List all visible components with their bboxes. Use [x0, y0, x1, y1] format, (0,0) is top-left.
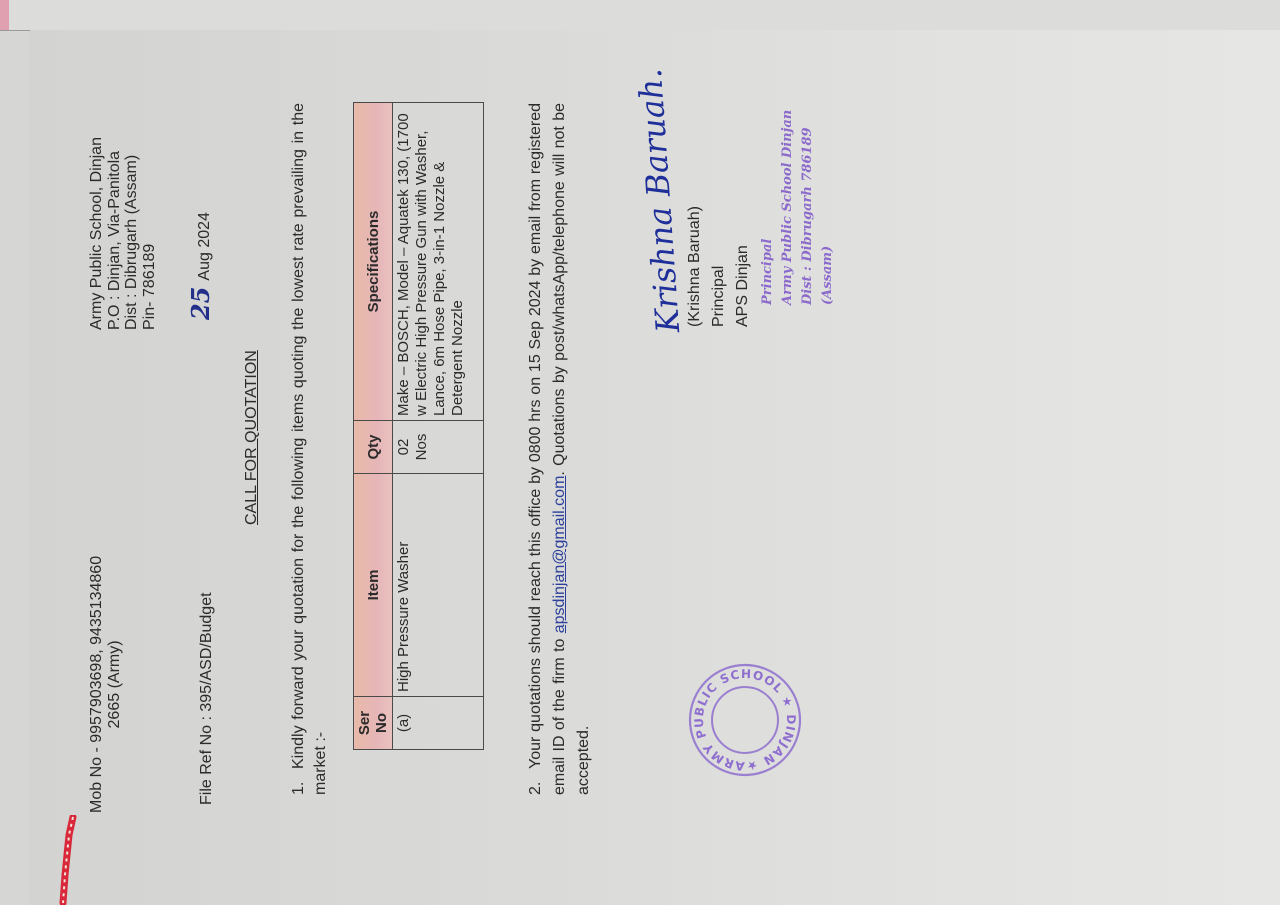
paragraph-1: 1.Kindly forward your quotation for the … — [288, 103, 332, 795]
mobile-numbers: Mob No - 9957903698, 9435134860 2665 (Ar… — [88, 556, 124, 813]
file-reference: File Ref No : 395/ASD/Budget — [198, 592, 216, 805]
address-line: Army Public School, Dinjan — [88, 137, 106, 330]
cell-item: High Pressure Washer — [393, 474, 484, 697]
cell-ser-no: (a) — [393, 697, 484, 750]
handwritten-day: 25 — [186, 287, 215, 320]
handwritten-signature: Krishna Baruah. — [631, 67, 687, 334]
stamp-line: Army Public School Dinjan — [778, 110, 798, 305]
column-header-specifications: Specifications — [354, 103, 393, 421]
svg-text:ARMY PUBLIC SCHOOL ★ DINJAN ★: ARMY PUBLIC SCHOOL ★ DINJAN ★ — [692, 667, 798, 773]
email-link[interactable]: apsdinjan@gmail.com — [551, 476, 568, 634]
column-header-qty: Qty — [354, 421, 393, 474]
date-month-year: Aug 2024 — [196, 212, 213, 281]
table-row: (a) High Pressure Washer 02 Nos Make – B… — [393, 103, 484, 750]
address-line: P.O : Dinjan, Via-Panitola — [106, 137, 124, 330]
document-page: Army Public School, Dinjan P.O : Dinjan,… — [0, 0, 1280, 905]
signatory-office: APS Dinjan — [731, 206, 755, 327]
table-header-row: Ser No Item Qty Specifications — [354, 103, 393, 750]
column-header-ser-no: Ser No — [354, 697, 393, 750]
stamp-line: (Assam) — [818, 110, 838, 305]
mobile-line: Mob No - 9957903698, 9435134860 — [88, 556, 106, 813]
column-header-item: Item — [354, 474, 393, 697]
seal-text: ARMY PUBLIC SCHOOL ★ DINJAN ★ — [692, 667, 798, 773]
school-address: Army Public School, Dinjan P.O : Dinjan,… — [88, 137, 158, 330]
signatory-name: (Krishna Baruah) — [683, 206, 707, 327]
mobile-line: 2665 (Army) — [106, 556, 124, 813]
cell-specifications: Make – BOSCH, Model – Aquatek 130, (1700… — [393, 103, 484, 421]
paragraph-text: Kindly forward your quotation for the fo… — [290, 103, 329, 795]
document-date: 25Aug 2024 — [186, 212, 215, 320]
rubber-stamp-text: Principal Army Public School Dinjan Dist… — [758, 110, 838, 305]
stamp-line: Dist : Dibrugarh 786189 — [798, 110, 818, 305]
stamp-line: Principal — [758, 110, 778, 305]
signature-block: (Krishna Baruah) Principal APS Dinjan — [683, 206, 755, 327]
paragraph-number: 1. — [288, 769, 310, 795]
items-table: Ser No Item Qty Specifications (a) High … — [353, 102, 484, 750]
paragraph-number: 2. — [524, 769, 548, 795]
cell-qty: 02 Nos — [393, 421, 484, 474]
signatory-designation: Principal — [707, 206, 731, 327]
document-title: CALL FOR QUOTATION — [243, 350, 261, 525]
address-line: Pin- 786189 — [141, 137, 159, 330]
address-line: Dist : Dibrugarh (Assam) — [123, 137, 141, 330]
school-seal-icon: ARMY PUBLIC SCHOOL ★ DINJAN ★ — [687, 662, 803, 778]
paragraph-2: 2.Your quotations should reach this offi… — [524, 103, 596, 795]
